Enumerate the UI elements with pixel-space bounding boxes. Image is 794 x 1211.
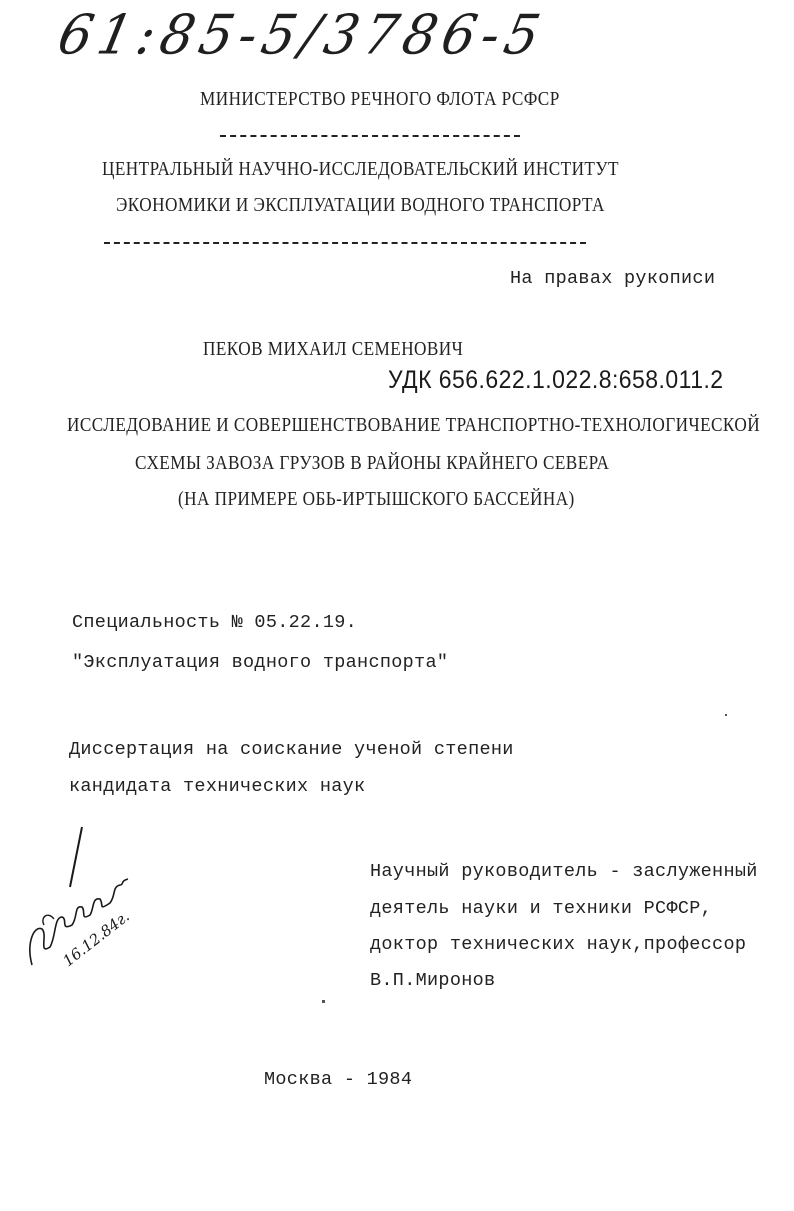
scan-speck (322, 1000, 325, 1003)
divider-bottom (104, 242, 586, 244)
manuscript-note: На правах рукописи (510, 268, 715, 289)
udk-code: УДК 656.622.1.022.8:658.011.2 (388, 366, 724, 395)
degree-line-1: Диссертация на соискание ученой степени (69, 739, 514, 760)
author-name: ПЕКОВ МИХАИЛ СЕМЕНОВИЧ (203, 338, 463, 361)
specialty-number: Специальность № 05.22.19. (72, 612, 357, 633)
thesis-title-line-1: ИССЛЕДОВАНИЕ И СОВЕРШЕНСТВОВАНИЕ ТРАНСПО… (67, 414, 760, 437)
specialty-name: "Эксплуатация водного транспорта" (72, 652, 448, 673)
advisor-line-3: доктор технических наук,профессор (370, 934, 746, 955)
thesis-title-line-3: (НА ПРИМЕРЕ ОБЬ-ИРТЫШСКОГО БАССЕЙНА) (178, 488, 575, 511)
scan-speck (725, 714, 727, 716)
advisor-line-1: Научный руководитель - заслуженный (370, 861, 758, 882)
institute-line-1: ЦЕНТРАЛЬНЫЙ НАУЧНО-ИССЛЕДОВАТЕЛЬСКИЙ ИНС… (102, 158, 619, 181)
place-and-year: Москва - 1984 (264, 1069, 412, 1090)
degree-line-2: кандидата технических наук (69, 776, 365, 797)
advisor-line-2: деятель науки и техники РСФСР, (370, 898, 712, 919)
ministry-heading: МИНИСТЕРСТВО РЕЧНОГО ФЛОТА РСФСР (200, 88, 560, 111)
institute-line-2: ЭКОНОМИКИ И ЭКСПЛУАТАЦИИ ВОДНОГО ТРАНСПО… (116, 194, 605, 217)
thesis-title-line-2: СХЕМЫ ЗАВОЗА ГРУЗОВ В РАЙОНЫ КРАЙНЕГО СЕ… (135, 452, 609, 475)
divider-top (220, 135, 520, 137)
signature-icon: 16.12.84г. (20, 825, 150, 975)
archive-number: 61:85-5/3786-5 (53, 4, 551, 67)
signature-date: 16.12.84г. (59, 907, 132, 970)
advisor-name: В.П.Миронов (370, 970, 495, 991)
